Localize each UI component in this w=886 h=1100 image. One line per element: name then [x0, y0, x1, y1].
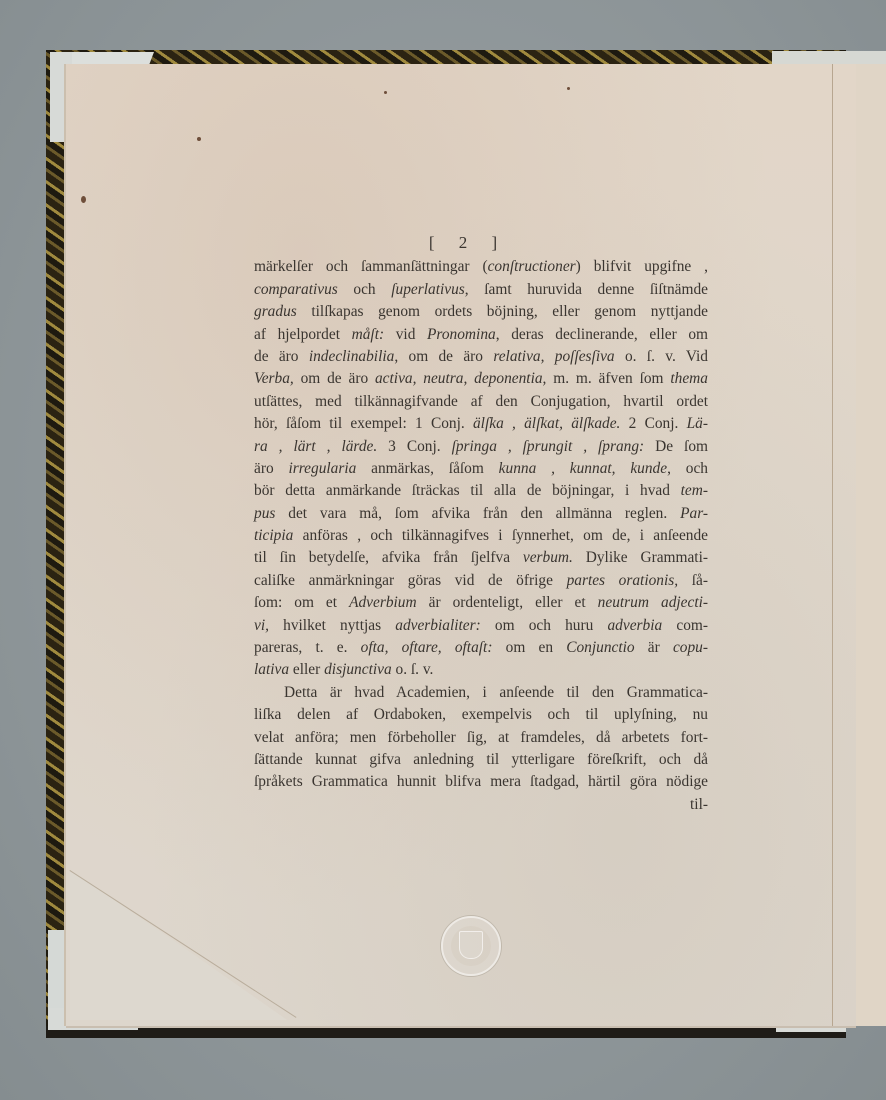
italic-term: Conjunctio	[566, 639, 634, 656]
text-run: o. ſ. v.	[392, 661, 434, 678]
text-run: är	[635, 639, 673, 656]
italic-term: ra , lärt , lärde.	[254, 438, 377, 455]
italic-term: pus	[254, 505, 275, 522]
italic-term: älſka , älſkat, älſkade.	[473, 415, 620, 432]
text-run: anföras , och tilkännagifves i ſynnerhet…	[293, 527, 708, 544]
text-run: Detta är hvad Academien, i anſeende til …	[284, 684, 708, 701]
italic-term: Adverbium	[349, 594, 417, 611]
header-left-bracket: [	[429, 232, 435, 254]
foxing-spot	[567, 87, 570, 90]
italic-term: ſpringa , ſprungit , ſprang:	[452, 438, 645, 455]
text-line: Verba, om de äro activa, neutra, deponen…	[254, 368, 708, 390]
italic-term: neutrum adjecti-	[598, 594, 708, 611]
italic-term: partes orationis,	[567, 572, 679, 589]
italic-term: relativa, poſſesſiva	[493, 348, 614, 365]
italic-term: adverbia	[607, 617, 662, 634]
italic-term: lativa	[254, 661, 289, 678]
italic-term: copu-	[673, 639, 708, 656]
text-line: äro irregularia anmärkas, ſåſom kunna , …	[254, 458, 708, 480]
text-run: ſpråkets Grammatica hunnit blifva mera ſ…	[254, 773, 708, 790]
italic-term: måſt:	[352, 326, 385, 343]
text-line: ticipia anföras , och tilkännagifves i ſ…	[254, 525, 708, 547]
text-line: pus det vara må, ſom afvika från den all…	[254, 503, 708, 525]
text-line: bör detta anmärkande ſträckas til alla d…	[254, 480, 708, 502]
text-run: är ordenteligt, eller et	[417, 594, 598, 611]
text-line: gradus tilſkapas genom ordets böjning, e…	[254, 301, 708, 323]
text-run: o. ſ. v. Vid	[615, 348, 708, 365]
text-run: com-	[662, 617, 708, 634]
italic-term: Pronomina	[427, 326, 496, 343]
text-run: pareras, t. e.	[254, 639, 361, 656]
italic-term: conſtructioner	[488, 258, 576, 275]
text-run: 3 Conj.	[377, 438, 451, 455]
header-right-bracket: ]	[492, 232, 498, 254]
text-run: vid	[384, 326, 427, 343]
text-line: af hjelpordet måſt: vid Pronomina, deras…	[254, 324, 708, 346]
text-line: ſättande kunnat gifva anledning til ytte…	[254, 749, 708, 771]
text-line: Detta är hvad Academien, i anſeende til …	[254, 682, 708, 704]
italic-term: verbum.	[523, 549, 573, 566]
text-run: det vara må, ſom afvika från den allmänn…	[275, 505, 680, 522]
text-line: caliſke anmärkningar göras vid de öfrige…	[254, 570, 708, 592]
foxing-spot	[384, 91, 387, 94]
text-run: bör detta anmärkande ſträckas til alla d…	[254, 482, 681, 499]
text-run: hvilket nyttjas	[269, 617, 395, 634]
text-line: til ſin betydelſe, afvika från ſjelfva v…	[254, 547, 708, 569]
italic-term: activa, neutra, deponentia,	[375, 370, 546, 387]
text-run: , om de äro	[394, 348, 493, 365]
corner-guard-top-right	[772, 51, 886, 65]
text-run: ) blifvit upgifne ,	[576, 258, 708, 275]
text-run: liſka delen af Ordaboken, exempelvis och…	[254, 706, 708, 723]
text-run: Dylike Grammati-	[573, 549, 708, 566]
text-run: hör, ſåſom til exempel: 1 Conj.	[254, 415, 473, 432]
italic-term: gradus	[254, 303, 297, 320]
text-run: , ſamt huruvida denne ſiſtnämde	[465, 281, 708, 298]
page-header: [ 2 ]	[236, 232, 690, 254]
text-run: , deras declinerande, eller om	[496, 326, 708, 343]
italic-term: ofta, oftare, oftaſt:	[361, 639, 493, 656]
text-run: eller	[289, 661, 324, 678]
text-run: utſättes, med tilkännagifvande af den Co…	[254, 393, 708, 410]
text-run: ſå-	[678, 572, 708, 589]
text-line: ſom: om et Adverbium är ordenteligt, ell…	[254, 592, 708, 614]
text-line: til-	[254, 794, 708, 816]
page-number: 2	[459, 232, 468, 254]
text-line: utſättes, med tilkännagifvande af den Co…	[254, 391, 708, 413]
text-line: liſka delen af Ordaboken, exempelvis och…	[254, 704, 708, 726]
text-line: vi, hvilket nyttjas adverbialiter: om oc…	[254, 615, 708, 637]
text-run: märkelſer och ſammanſättningar (	[254, 258, 488, 275]
text-line: ra , lärt , lärde. 3 Conj. ſpringa , ſpr…	[254, 436, 708, 458]
text-run: ſom: om et	[254, 594, 349, 611]
next-leaf-edge	[852, 64, 886, 1026]
italic-term: vi,	[254, 617, 269, 634]
page-crease	[832, 64, 833, 1026]
text-run: äro	[254, 460, 288, 477]
text-run: och	[338, 281, 391, 298]
page-text: [ 2 ] märkelſer och ſammanſättningar (co…	[254, 232, 708, 816]
text-run: 2 Conj.	[620, 415, 686, 432]
text-run: ſättande kunnat gifva anledning til ytte…	[254, 751, 708, 768]
text-run: til ſin betydelſe, afvika från ſjelfva	[254, 549, 523, 566]
text-run: om en	[492, 639, 566, 656]
foxing-spot	[197, 137, 201, 141]
text-line: de äro indeclinabilia, om de äro relativ…	[254, 346, 708, 368]
italic-term: Par-	[680, 505, 708, 522]
text-line: ſpråkets Grammatica hunnit blifva mera ſ…	[254, 771, 708, 793]
text-run: tilſkapas genom ordets böjning, eller ge…	[297, 303, 708, 320]
italic-term: comparativus	[254, 281, 338, 298]
library-stamp	[441, 916, 501, 976]
text-run: , och	[667, 460, 708, 477]
italic-term: Lä-	[687, 415, 708, 432]
italic-term: irregularia	[288, 460, 356, 477]
text-run: til-	[690, 796, 708, 813]
italic-term: thema	[670, 370, 708, 387]
text-run: om de äro	[294, 370, 375, 387]
italic-term: ſuperlativus	[391, 281, 465, 298]
text-run: m. m. äfven ſom	[546, 370, 670, 387]
body-text: märkelſer och ſammanſättningar (conſtruc…	[254, 256, 708, 816]
text-run: velat anföra; men förbeholler ſig, at fr…	[254, 729, 708, 746]
text-run: anmärkas, ſåſom	[356, 460, 498, 477]
italic-term: Verba,	[254, 370, 294, 387]
text-line: lativa eller disjunctiva o. ſ. v.	[254, 659, 708, 681]
text-line: hör, ſåſom til exempel: 1 Conj. älſka , …	[254, 413, 708, 435]
text-run: af hjelpordet	[254, 326, 352, 343]
text-run: de äro	[254, 348, 309, 365]
italic-term: kunna , kunnat, kunde	[499, 460, 667, 477]
italic-term: tem-	[681, 482, 708, 499]
text-line: märkelſer och ſammanſättningar (conſtruc…	[254, 256, 708, 278]
italic-term: ticipia	[254, 527, 293, 544]
cover-bottom-edge	[46, 1026, 846, 1038]
italic-term: adverbialiter:	[395, 617, 480, 634]
shield-seal-icon	[459, 931, 483, 959]
text-run: caliſke anmärkningar göras vid de öfrige	[254, 572, 567, 589]
italic-term: indeclinabilia	[309, 348, 395, 365]
text-line: comparativus och ſuperlativus, ſamt huru…	[254, 279, 708, 301]
italic-term: disjunctiva	[324, 661, 392, 678]
text-run: De ſom	[644, 438, 708, 455]
text-line: pareras, t. e. ofta, oftare, oftaſt: om …	[254, 637, 708, 659]
foxing-spot	[81, 196, 86, 203]
text-line: velat anföra; men förbeholler ſig, at fr…	[254, 727, 708, 749]
text-run: om och huru	[481, 617, 608, 634]
